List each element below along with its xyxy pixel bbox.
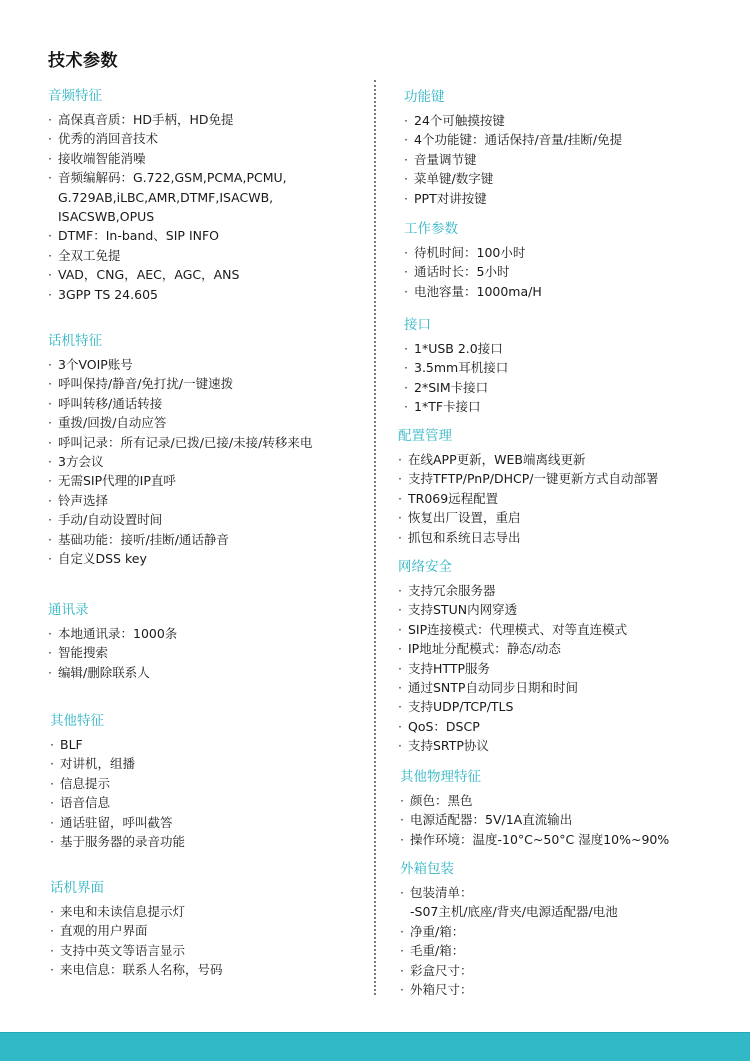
list-item-text: 呼叫保持/静音/免打扰/一键速拨 <box>58 374 233 393</box>
list-item: ·无需SIP代理的IP直呼 <box>48 471 312 490</box>
bullet-icon: · <box>404 243 414 262</box>
bullet-icon: · <box>50 902 60 921</box>
list-item: ·手动/自动设置时间 <box>48 510 312 529</box>
bullet-icon: · <box>398 581 408 600</box>
list-item: ·音频编解码：G.722,GSM,PCMA,PCMU, G.729AB,iLBC… <box>48 168 287 226</box>
list-item-text: 外箱尺寸： <box>410 980 473 999</box>
bullet-icon: · <box>404 111 414 130</box>
list-item-text: 3个VOIP账号 <box>58 355 133 374</box>
list-item: ·基础功能：接听/挂断/通话静音 <box>48 530 312 549</box>
bullet-icon: · <box>48 471 58 490</box>
list-item: ·IP地址分配模式：静态/动态 <box>398 639 627 658</box>
list-item: ·通话时长：5小时 <box>404 262 542 281</box>
bullet-icon: · <box>48 374 58 393</box>
bullet-icon: · <box>50 921 60 940</box>
bullet-icon: · <box>48 452 58 471</box>
list-item-text: 电池容量：1000ma/H <box>414 282 542 301</box>
section-title: 音频特征 <box>48 87 287 106</box>
section-title: 其他物理特征 <box>400 768 669 787</box>
bullet-icon: · <box>48 285 58 304</box>
list-item-text: 1*TF卡接口 <box>414 397 481 416</box>
list-item: ·操作环境：温度-10°C~50°C 湿度10%~90% <box>400 830 669 849</box>
list-item-text: PPT对讲按键 <box>414 189 487 208</box>
list-item-text: 恢复出厂设置，重启 <box>408 508 521 527</box>
bullet-icon: · <box>400 922 410 941</box>
list-item: ·支持HTTP服务 <box>398 659 627 678</box>
list-item: ·来电和未读信息提示灯 <box>50 902 223 921</box>
section-phone-features: 话机特征·3个VOIP账号·呼叫保持/静音/免打扰/一键速拨·呼叫转移/通话转接… <box>48 332 312 568</box>
list-item: ·BLF <box>50 735 185 754</box>
section-phone-ui: 话机界面·来电和未读信息提示灯·直观的用户界面·支持中英文等语言显示·来电信息：… <box>50 879 223 980</box>
list-item: ·净重/箱： <box>400 922 618 941</box>
list-item-text: SIP连接模式：代理模式、对等直连模式 <box>408 620 627 639</box>
list-item: ·直观的用户界面 <box>50 921 223 940</box>
list-item-text: 语音信息 <box>60 793 110 812</box>
list-item: ·通过SNTP自动同步日期和时间 <box>398 678 627 697</box>
list-item-text: 操作环境：温度-10°C~50°C 湿度10%~90% <box>410 830 669 849</box>
list-item-text: 来电信息：联系人名称，号码 <box>60 960 223 979</box>
bullet-icon: · <box>404 189 414 208</box>
section-title: 功能键 <box>404 88 622 107</box>
list-item: ·支持UDP/TCP/TLS <box>398 697 627 716</box>
list-item-text: 3.5mm耳机接口 <box>414 358 508 377</box>
footer-band <box>0 1032 750 1061</box>
section-function-keys: 功能键·24个可触摸按键·4个功能键：通话保持/音量/挂断/免提·音量调节键·菜… <box>404 88 622 208</box>
bullet-icon: · <box>398 489 408 508</box>
bullet-icon: · <box>48 394 58 413</box>
list-item-text: 通话驻留，呼叫截答 <box>60 813 173 832</box>
bullet-icon: · <box>404 282 414 301</box>
bullet-icon: · <box>398 736 408 755</box>
bullet-icon: · <box>398 697 408 716</box>
bullet-icon: · <box>48 149 58 168</box>
list-item: ·毛重/箱： <box>400 941 618 960</box>
bullet-icon: · <box>48 265 58 284</box>
list-item-text: 全双工免提 <box>58 246 121 265</box>
bullet-list: ·颜色：黑色·电源适配器：5V/1A直流输出·操作环境：温度-10°C~50°C… <box>400 791 669 849</box>
list-item-text: 支持中英文等语言显示 <box>60 941 185 960</box>
bullet-list: ·待机时间：100小时·通话时长：5小时·电池容量：1000ma/H <box>404 243 542 301</box>
bullet-icon: · <box>48 433 58 452</box>
bullet-icon: · <box>48 491 58 510</box>
list-item-text: 菜单键/数字键 <box>414 169 493 188</box>
list-item-text: 4个功能键：通话保持/音量/挂断/免提 <box>414 130 622 149</box>
bullet-icon: · <box>48 413 58 432</box>
list-item: ·基于服务器的录音功能 <box>50 832 185 851</box>
list-item: ·重拨/回拨/自动应答 <box>48 413 312 432</box>
bullet-icon: · <box>404 378 414 397</box>
bullet-icon: · <box>48 510 58 529</box>
bullet-icon: · <box>400 830 410 849</box>
bullet-icon: · <box>404 130 414 149</box>
bullet-icon: · <box>48 226 58 245</box>
list-item-text: 本地通讯录：1000条 <box>58 624 177 643</box>
bullet-list: ·24个可触摸按键·4个功能键：通话保持/音量/挂断/免提·音量调节键·菜单键/… <box>404 111 622 208</box>
bullet-icon: · <box>48 129 58 148</box>
page-title: 技术参数 <box>48 46 118 71</box>
list-item: ·24个可触摸按键 <box>404 111 622 130</box>
bullet-list: ·来电和未读信息提示灯·直观的用户界面·支持中英文等语言显示·来电信息：联系人名… <box>50 902 223 980</box>
list-item: ·语音信息 <box>50 793 185 812</box>
list-item-text: 编辑/删除联系人 <box>58 663 150 682</box>
bullet-icon: · <box>398 717 408 736</box>
list-item-text: 支持TFTP/PnP/DHCP/一键更新方式自动部署 <box>408 469 658 488</box>
list-item: ·优秀的消回音技术 <box>48 129 287 148</box>
list-item: ·对讲机，组播 <box>50 754 185 773</box>
section-work-params: 工作参数·待机时间：100小时·通话时长：5小时·电池容量：1000ma/H <box>404 220 542 301</box>
list-item: ·电池容量：1000ma/H <box>404 282 542 301</box>
list-item: ·音量调节键 <box>404 150 622 169</box>
list-item-text: 3GPP TS 24.605 <box>58 285 158 304</box>
list-item: ·恢复出厂设置，重启 <box>398 508 658 527</box>
list-item: ·自定义DSS key <box>48 549 312 568</box>
list-item-text: TR069远程配置 <box>408 489 498 508</box>
bullet-icon: · <box>48 246 58 265</box>
list-item-text: 包装清单： -S07主机/底座/背夹/电源适配器/电池 <box>410 883 618 922</box>
list-item: ·VAD，CNG，AEC，AGC，ANS <box>48 265 287 284</box>
list-item-text: 呼叫记录：所有记录/已拨/已接/未接/转移来电 <box>58 433 312 452</box>
list-item-text: 呼叫转移/通话转接 <box>58 394 162 413</box>
bullet-icon: · <box>48 355 58 374</box>
list-item-text: 彩盒尺寸： <box>410 961 473 980</box>
section-title: 配置管理 <box>398 427 658 446</box>
list-item: ·待机时间：100小时 <box>404 243 542 262</box>
bullet-icon: · <box>404 150 414 169</box>
list-item-text: 通过SNTP自动同步日期和时间 <box>408 678 578 697</box>
list-item-text: 1*USB 2.0接口 <box>414 339 503 358</box>
bullet-icon: · <box>398 639 408 658</box>
bullet-icon: · <box>404 169 414 188</box>
list-item-text: DTMF：In-band、SIP INFO <box>58 226 219 245</box>
list-item-text: 支持SRTP协议 <box>408 736 489 755</box>
bullet-icon: · <box>400 980 410 999</box>
bullet-list: ·包装清单： -S07主机/底座/背夹/电源适配器/电池·净重/箱：·毛重/箱：… <box>400 883 618 999</box>
bullet-icon: · <box>398 678 408 697</box>
list-item: ·支持冗余服务器 <box>398 581 627 600</box>
bullet-list: ·高保真音质：HD手柄，HD免提·优秀的消回音技术·接收端智能消噪·音频编解码：… <box>48 110 287 304</box>
bullet-icon: · <box>404 358 414 377</box>
list-item: ·智能搜索 <box>48 643 177 662</box>
section-title: 外箱包装 <box>400 860 618 879</box>
bullet-icon: · <box>50 960 60 979</box>
list-item: ·电源适配器：5V/1A直流输出 <box>400 810 669 829</box>
list-item: ·来电信息：联系人名称，号码 <box>50 960 223 979</box>
list-item: ·呼叫记录：所有记录/已拨/已接/未接/转移来电 <box>48 433 312 452</box>
bullet-icon: · <box>48 549 58 568</box>
bullet-icon: · <box>50 754 60 773</box>
list-item: ·PPT对讲按键 <box>404 189 622 208</box>
section-title: 其他特征 <box>50 712 185 731</box>
list-item-text: 自定义DSS key <box>58 549 147 568</box>
bullet-icon: · <box>50 941 60 960</box>
list-item-text: 音频编解码：G.722,GSM,PCMA,PCMU, G.729AB,iLBC,… <box>58 168 287 226</box>
list-item: ·TR069远程配置 <box>398 489 658 508</box>
bullet-icon: · <box>48 110 58 129</box>
section-title: 网络安全 <box>398 558 627 577</box>
list-item: ·包装清单： -S07主机/底座/背夹/电源适配器/电池 <box>400 883 618 922</box>
bullet-list: ·本地通讯录：1000条·智能搜索·编辑/删除联系人 <box>48 624 177 682</box>
bullet-icon: · <box>400 810 410 829</box>
list-item: ·彩盒尺寸： <box>400 961 618 980</box>
list-item-text: 颜色：黑色 <box>410 791 473 810</box>
bullet-icon: · <box>400 961 410 980</box>
section-title: 工作参数 <box>404 220 542 239</box>
list-item-text: 无需SIP代理的IP直呼 <box>58 471 176 490</box>
list-item-text: 支持STUN内网穿透 <box>408 600 517 619</box>
bullet-icon: · <box>50 735 60 754</box>
list-item-text: 3方会议 <box>58 452 103 471</box>
list-item: ·支持SRTP协议 <box>398 736 627 755</box>
section-ports: 接口·1*USB 2.0接口·3.5mm耳机接口·2*SIM卡接口·1*TF卡接… <box>404 316 508 417</box>
list-item: ·编辑/删除联系人 <box>48 663 177 682</box>
list-item: ·2*SIM卡接口 <box>404 378 508 397</box>
list-item-text: 手动/自动设置时间 <box>58 510 162 529</box>
list-item-text: 优秀的消回音技术 <box>58 129 158 148</box>
bullet-icon: · <box>50 774 60 793</box>
bullet-icon: · <box>50 832 60 851</box>
bullet-icon: · <box>404 339 414 358</box>
bullet-icon: · <box>404 397 414 416</box>
bullet-list: ·在线APP更新，WEB端离线更新·支持TFTP/PnP/DHCP/一键更新方式… <box>398 450 658 547</box>
list-item: ·信息提示 <box>50 774 185 793</box>
list-item-text: 铃声选择 <box>58 491 108 510</box>
section-package: 外箱包装·包装清单： -S07主机/底座/背夹/电源适配器/电池·净重/箱：·毛… <box>400 860 618 999</box>
section-config-management: 配置管理·在线APP更新，WEB端离线更新·支持TFTP/PnP/DHCP/一键… <box>398 427 658 547</box>
list-item: ·本地通讯录：1000条 <box>48 624 177 643</box>
bullet-icon: · <box>398 620 408 639</box>
list-item: ·支持STUN内网穿透 <box>398 600 627 619</box>
list-item-text: 净重/箱： <box>410 922 464 941</box>
list-item: ·接收端智能消噪 <box>48 149 287 168</box>
list-item: ·3个VOIP账号 <box>48 355 312 374</box>
bullet-icon: · <box>398 659 408 678</box>
list-item: ·呼叫转移/通话转接 <box>48 394 312 413</box>
bullet-icon: · <box>398 508 408 527</box>
section-title: 通讯录 <box>48 601 177 620</box>
bullet-icon: · <box>48 530 58 549</box>
bullet-icon: · <box>48 624 58 643</box>
list-item: ·DTMF：In-band、SIP INFO <box>48 226 287 245</box>
list-item: ·支持中英文等语言显示 <box>50 941 223 960</box>
list-item-text: IP地址分配模式：静态/动态 <box>408 639 561 658</box>
list-item-text: VAD，CNG，AEC，AGC，ANS <box>58 265 239 284</box>
list-item: ·在线APP更新，WEB端离线更新 <box>398 450 658 469</box>
list-item: ·QoS：DSCP <box>398 717 627 736</box>
list-item: ·颜色：黑色 <box>400 791 669 810</box>
list-item-text: 信息提示 <box>60 774 110 793</box>
bullet-icon: · <box>400 941 410 960</box>
list-item-text: 电源适配器：5V/1A直流输出 <box>410 810 572 829</box>
bullet-list: ·1*USB 2.0接口·3.5mm耳机接口·2*SIM卡接口·1*TF卡接口 <box>404 339 508 417</box>
bullet-icon: · <box>398 469 408 488</box>
list-item-text: 重拨/回拨/自动应答 <box>58 413 166 432</box>
bullet-icon: · <box>50 813 60 832</box>
list-item: ·1*USB 2.0接口 <box>404 339 508 358</box>
section-title: 接口 <box>404 316 508 335</box>
section-audio: 音频特征·高保真音质：HD手柄，HD免提·优秀的消回音技术·接收端智能消噪·音频… <box>48 87 287 304</box>
column-divider <box>374 80 376 995</box>
list-item: ·铃声选择 <box>48 491 312 510</box>
list-item-text: 2*SIM卡接口 <box>414 378 488 397</box>
bullet-icon: · <box>48 643 58 662</box>
list-item: ·1*TF卡接口 <box>404 397 508 416</box>
list-item-text: 支持HTTP服务 <box>408 659 490 678</box>
bullet-icon: · <box>400 791 410 810</box>
list-item-text: 基础功能：接听/挂断/通话静音 <box>58 530 229 549</box>
list-item-text: QoS：DSCP <box>408 717 480 736</box>
list-item: ·高保真音质：HD手柄，HD免提 <box>48 110 287 129</box>
list-item: ·支持TFTP/PnP/DHCP/一键更新方式自动部署 <box>398 469 658 488</box>
section-other-features: 其他特征·BLF·对讲机，组播·信息提示·语音信息·通话驻留，呼叫截答·基于服务… <box>50 712 185 851</box>
bullet-icon: · <box>404 262 414 281</box>
list-item-text: 音量调节键 <box>414 150 477 169</box>
bullet-icon: · <box>48 663 58 682</box>
list-item: ·菜单键/数字键 <box>404 169 622 188</box>
bullet-icon: · <box>398 450 408 469</box>
list-item-text: 待机时间：100小时 <box>414 243 525 262</box>
list-item-text: 智能搜索 <box>58 643 108 662</box>
section-title: 话机特征 <box>48 332 312 351</box>
list-item-text: 24个可触摸按键 <box>414 111 505 130</box>
list-item-text: BLF <box>60 735 83 754</box>
section-network-security: 网络安全·支持冗余服务器·支持STUN内网穿透·SIP连接模式：代理模式、对等直… <box>398 558 627 756</box>
section-physical: 其他物理特征·颜色：黑色·电源适配器：5V/1A直流输出·操作环境：温度-10°… <box>400 768 669 849</box>
list-item-text: 直观的用户界面 <box>60 921 148 940</box>
bullet-list: ·支持冗余服务器·支持STUN内网穿透·SIP连接模式：代理模式、对等直连模式·… <box>398 581 627 756</box>
bullet-icon: · <box>50 793 60 812</box>
list-item: ·呼叫保持/静音/免打扰/一键速拨 <box>48 374 312 393</box>
list-item-text: 对讲机，组播 <box>60 754 135 773</box>
list-item-text: 在线APP更新，WEB端离线更新 <box>408 450 585 469</box>
list-item: ·3方会议 <box>48 452 312 471</box>
bullet-list: ·BLF·对讲机，组播·信息提示·语音信息·通话驻留，呼叫截答·基于服务器的录音… <box>50 735 185 851</box>
list-item: ·SIP连接模式：代理模式、对等直连模式 <box>398 620 627 639</box>
section-title: 话机界面 <box>50 879 223 898</box>
list-item: ·全双工免提 <box>48 246 287 265</box>
list-item-text: 基于服务器的录音功能 <box>60 832 185 851</box>
list-item-text: 抓包和系统日志导出 <box>408 528 521 547</box>
list-item-text: 高保真音质：HD手柄，HD免提 <box>58 110 234 129</box>
list-item-text: 通话时长：5小时 <box>414 262 509 281</box>
list-item: ·4个功能键：通话保持/音量/挂断/免提 <box>404 130 622 149</box>
list-item: ·3.5mm耳机接口 <box>404 358 508 377</box>
list-item-text: 毛重/箱： <box>410 941 464 960</box>
list-item-text: 来电和未读信息提示灯 <box>60 902 185 921</box>
list-item: ·外箱尺寸： <box>400 980 618 999</box>
bullet-icon: · <box>398 528 408 547</box>
list-item: ·抓包和系统日志导出 <box>398 528 658 547</box>
list-item-text: 支持UDP/TCP/TLS <box>408 697 513 716</box>
bullet-icon: · <box>48 168 58 226</box>
bullet-list: ·3个VOIP账号·呼叫保持/静音/免打扰/一键速拨·呼叫转移/通话转接·重拨/… <box>48 355 312 568</box>
section-contacts: 通讯录·本地通讯录：1000条·智能搜索·编辑/删除联系人 <box>48 601 177 682</box>
list-item-text: 接收端智能消噪 <box>58 149 146 168</box>
bullet-icon: · <box>400 883 410 922</box>
list-item: ·3GPP TS 24.605 <box>48 285 287 304</box>
list-item-text: 支持冗余服务器 <box>408 581 496 600</box>
list-item: ·通话驻留，呼叫截答 <box>50 813 185 832</box>
bullet-icon: · <box>398 600 408 619</box>
